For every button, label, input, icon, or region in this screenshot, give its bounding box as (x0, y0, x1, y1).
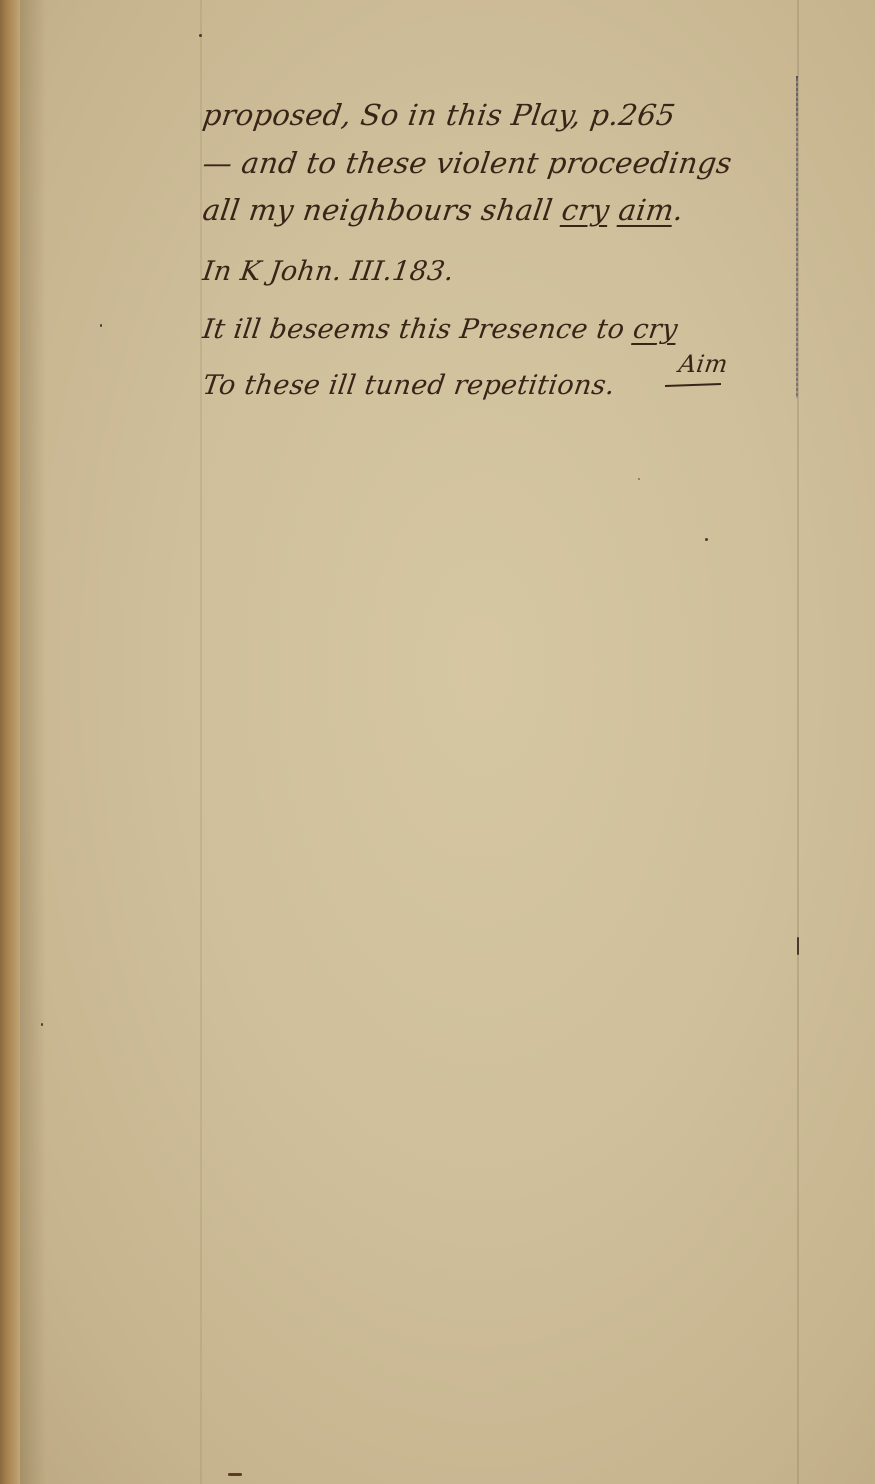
underlined-word: aim (617, 193, 677, 227)
gutter-shadow (20, 0, 46, 1484)
underlined-word: cry (560, 193, 612, 227)
paper-speck (41, 1023, 43, 1026)
line-text: proposed, So in this Play, p.265 (201, 98, 678, 132)
line-text: It ill beseems this Presence to (201, 314, 636, 345)
binding-edge (0, 0, 20, 1484)
manuscript-line-1: proposed, So in this Play, p.265 (201, 98, 678, 132)
insertion-underline (665, 383, 721, 387)
interlinear-insertion: Aim (677, 350, 730, 378)
ink-mark (228, 1473, 242, 1476)
paper-speck (638, 478, 640, 480)
paper-speck (199, 34, 202, 37)
manuscript-line-2: — and to these violent proceedings (201, 146, 735, 180)
citation-text: In K John. III.183. (201, 256, 456, 287)
manuscript-page: proposed, So in this Play, p.265 — and t… (0, 0, 875, 1484)
line-text: To these ill tuned repetitions (201, 370, 608, 401)
margin-rule (796, 78, 798, 398)
paper-speck (100, 324, 102, 327)
manuscript-line-5: It ill beseems this Presence to cry (201, 314, 680, 345)
margin-tick (797, 937, 799, 955)
manuscript-line-3: all my neighbours shall cry aim. (201, 193, 686, 227)
paper-speck (705, 538, 708, 541)
line-text: all my neighbours shall (201, 193, 565, 227)
manuscript-line-4: In K John. III.183. (201, 256, 456, 287)
line-text: — and to these violent proceedings (201, 146, 735, 180)
underlined-word: cry (631, 314, 680, 345)
manuscript-line-6: To these ill tuned repetitions. (201, 370, 617, 401)
